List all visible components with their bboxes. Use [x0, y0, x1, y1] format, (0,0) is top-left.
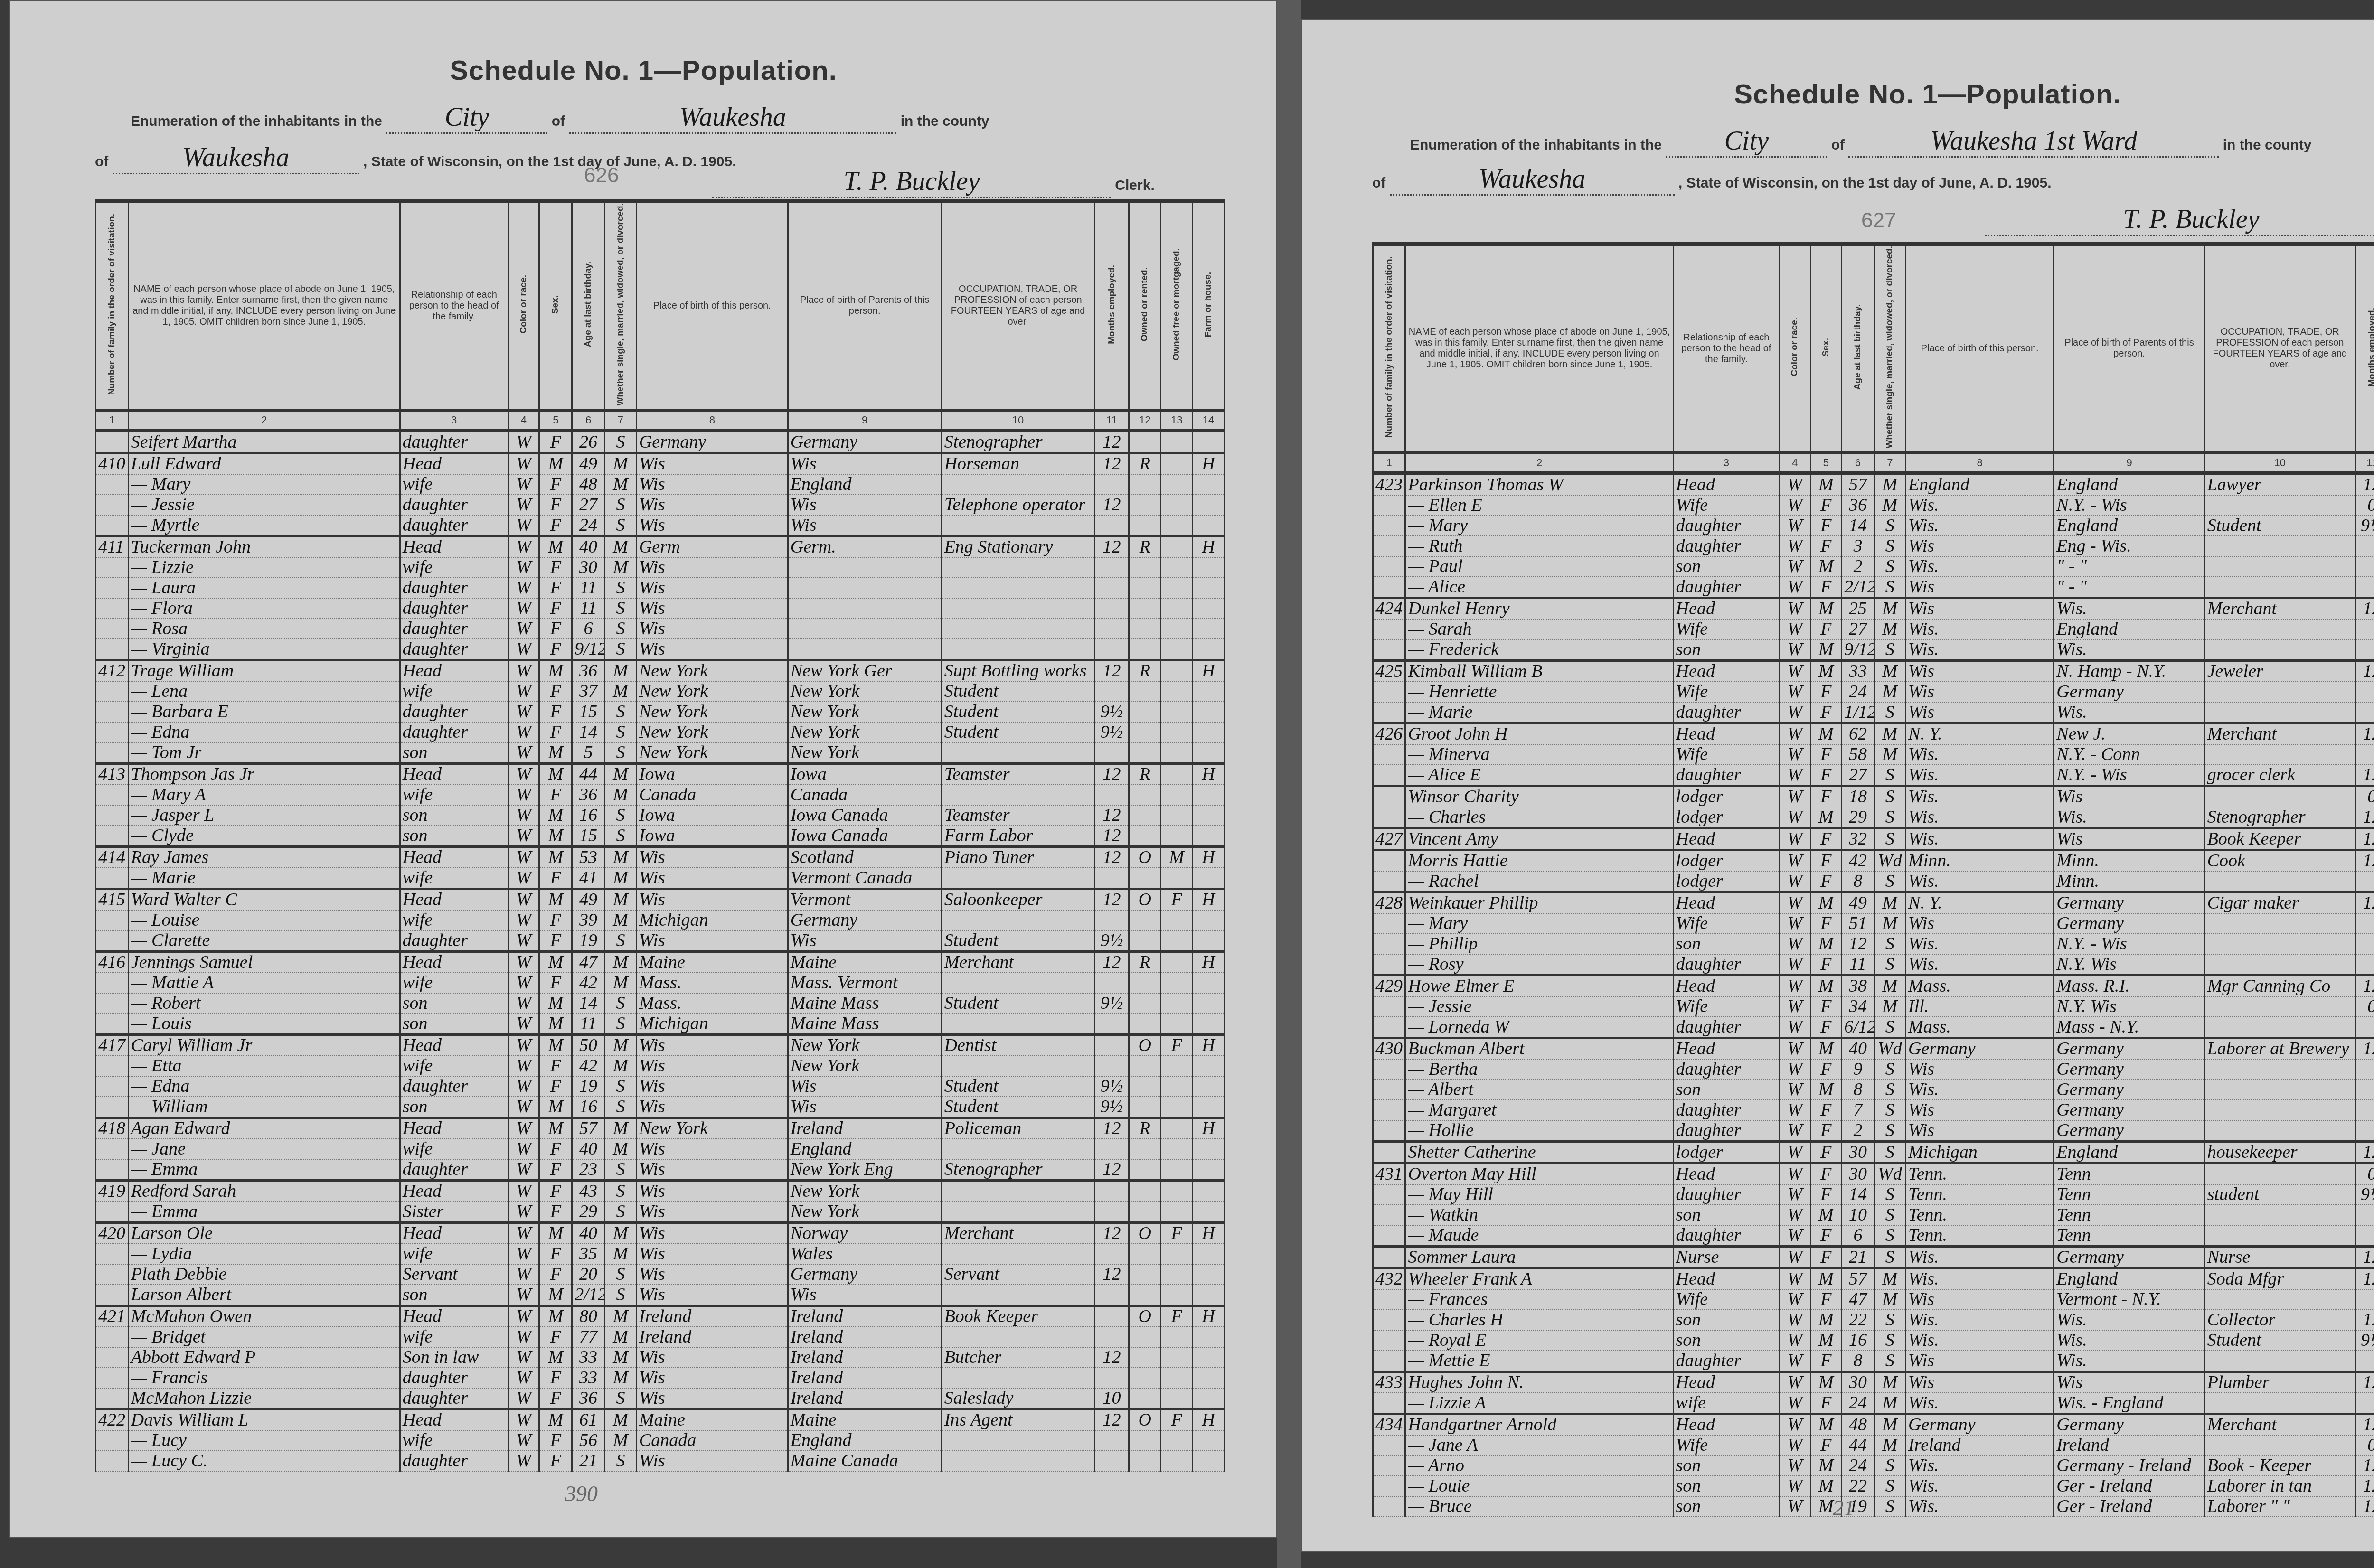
- cell-marital-status: M: [605, 1347, 637, 1368]
- cell-color: W: [508, 515, 539, 536]
- cell-color: W: [1780, 1184, 1810, 1205]
- cell-farm-house: [1193, 1159, 1225, 1181]
- cell-sex: M: [1810, 1330, 1841, 1351]
- cell-months-employed: 12: [2355, 1371, 2374, 1393]
- cell-farm-house: [1193, 993, 1225, 1014]
- cell-occupation: [2204, 1205, 2355, 1225]
- cell-birthplace: Wis: [1906, 1371, 2054, 1393]
- place-name-field: Waukesha: [569, 102, 896, 134]
- cell-name: Ray James: [128, 846, 400, 868]
- cell-occupation: [2204, 1435, 2355, 1455]
- cell-color: W: [1780, 1141, 1810, 1163]
- cell-name: — Barbara E: [128, 702, 400, 722]
- cell-owned-free: [1161, 1327, 1193, 1347]
- cell-family-number: [1373, 1141, 1405, 1163]
- cell-birthplace: Germ: [636, 536, 788, 557]
- cell-relationship: wife: [400, 474, 508, 495]
- cell-family-number: 420: [96, 1222, 129, 1244]
- cell-owned-free: [1161, 1097, 1193, 1118]
- cell-age: 41: [572, 868, 605, 889]
- cell-marital-status: S: [605, 805, 637, 826]
- cell-relationship: Head: [1673, 892, 1780, 913]
- cell-marital-status: M: [605, 1056, 637, 1076]
- cell-name: Plath Debbie: [128, 1264, 400, 1285]
- cell-owned-rented: R: [1129, 660, 1161, 681]
- table-row: — LauradaughterWF11SWis: [96, 578, 1225, 598]
- cell-color: W: [508, 930, 539, 952]
- cell-marital-status: S: [1874, 786, 1905, 807]
- table-row: — MyrtledaughterWF24SWisWis: [96, 515, 1225, 536]
- cell-parents-birthplace: Eng - Wis.: [2054, 536, 2204, 556]
- cell-occupation: [942, 598, 1094, 619]
- cell-color: W: [508, 1264, 539, 1285]
- table-row: — EdnadaughterWF19SWisWisStudent9½: [96, 1076, 1225, 1097]
- cell-color: W: [1780, 1038, 1810, 1059]
- cell-relationship: son: [1673, 1205, 1780, 1225]
- cell-birthplace: New York: [636, 1117, 788, 1139]
- cell-sex: M: [539, 1097, 572, 1118]
- cell-sex: M: [539, 1034, 572, 1056]
- cell-family-number: [1373, 786, 1405, 807]
- cell-farm-house: H: [1193, 1305, 1225, 1327]
- cell-name: Hughes John N.: [1405, 1371, 1673, 1393]
- cell-age: 29: [1842, 807, 1874, 828]
- cell-family-number: [1373, 1120, 1405, 1142]
- cell-birthplace: Wis.: [1906, 765, 2054, 786]
- cell-age: 9/12: [1842, 639, 1874, 661]
- cell-age: 24: [1842, 1455, 1874, 1476]
- table-row: — PaulsonWM2SWis." - ": [1373, 556, 2374, 577]
- cell-age: 57: [1842, 473, 1874, 495]
- table-row: 429Howe Elmer EHeadWM38MMass.Mass. R.I.M…: [1373, 975, 2374, 996]
- pencil-note: 390: [565, 1481, 598, 1506]
- header-birthplace: Place of birth of this person.: [636, 201, 788, 410]
- cell-months-employed: 12: [1094, 660, 1129, 681]
- cell-birthplace: New York: [636, 660, 788, 681]
- cell-marital-status: S: [1874, 1184, 1905, 1205]
- cell-relationship: daughter: [1673, 1059, 1780, 1080]
- cell-age: 27: [1842, 619, 1874, 639]
- cell-farm-house: [1193, 1451, 1225, 1471]
- header-occupation: OCCUPATION, TRADE, OR PROFESSION of each…: [942, 201, 1094, 410]
- cell-sex: M: [1810, 1038, 1841, 1059]
- header-sex: Sex.: [539, 201, 572, 410]
- table-row: — Mettie EdaughterWF8SWisWis.: [1373, 1351, 2374, 1372]
- cell-color: W: [1780, 744, 1810, 765]
- cell-age: 7: [1842, 1100, 1874, 1120]
- cell-name: — Lizzie: [128, 557, 400, 578]
- cell-marital-status: S: [1874, 1225, 1905, 1247]
- cell-birthplace: Wis.: [1906, 639, 2054, 661]
- cell-marital-status: M: [605, 868, 637, 889]
- cell-sex: M: [1810, 598, 1841, 619]
- cell-age: 19: [572, 1076, 605, 1097]
- cell-age: 1/12: [1842, 702, 1874, 723]
- cell-color: W: [1780, 1371, 1810, 1393]
- cell-family-number: 423: [1373, 473, 1405, 495]
- header-months-employed: Months employed.: [2355, 244, 2374, 453]
- cell-sex: M: [1810, 1268, 1841, 1289]
- cell-relationship: daughter: [400, 1451, 508, 1471]
- cell-name: — Jane: [128, 1139, 400, 1159]
- cell-owned-free: [1161, 1368, 1193, 1388]
- cell-family-number: 421: [96, 1305, 129, 1327]
- cell-birthplace: Ireland: [636, 1305, 788, 1327]
- cell-sex: F: [539, 930, 572, 952]
- cell-parents-birthplace: Germany: [788, 910, 942, 930]
- cell-occupation: [2204, 744, 2355, 765]
- cell-parents-birthplace: England: [788, 1430, 942, 1451]
- cell-farm-house: [1193, 702, 1225, 722]
- cell-family-number: [1373, 807, 1405, 828]
- cell-color: W: [1780, 807, 1810, 828]
- cell-occupation: [2204, 536, 2355, 556]
- cell-birthplace: Wis: [1906, 536, 2054, 556]
- cell-months-employed: 10: [1094, 1388, 1129, 1409]
- cell-color: W: [1780, 1205, 1810, 1225]
- cell-sex: M: [539, 826, 572, 847]
- cell-months-employed: 12: [1094, 951, 1129, 973]
- cell-family-number: [96, 1056, 129, 1076]
- cell-parents-birthplace: [788, 557, 942, 578]
- cell-months-employed: 12: [2355, 892, 2374, 913]
- cell-marital-status: S: [605, 702, 637, 722]
- cell-name: McMahon Owen: [128, 1305, 400, 1327]
- cell-family-number: 415: [96, 889, 129, 910]
- cell-name: — Lucy: [128, 1430, 400, 1451]
- cell-occupation: student: [2204, 1184, 2355, 1205]
- cell-owned-rented: [1129, 1014, 1161, 1035]
- cell-marital-status: S: [605, 639, 637, 660]
- cell-owned-rented: [1129, 1139, 1161, 1159]
- cell-color: W: [508, 681, 539, 702]
- cell-occupation: [942, 578, 1094, 598]
- cell-farm-house: [1193, 515, 1225, 536]
- cell-sex: F: [539, 681, 572, 702]
- cell-months-employed: 12: [2355, 828, 2374, 850]
- cell-family-number: [1373, 1393, 1405, 1414]
- cell-family-number: [1373, 1184, 1405, 1205]
- cell-farm-house: [1193, 495, 1225, 515]
- cell-months-employed: [1094, 1180, 1129, 1202]
- cell-occupation: [2204, 1393, 2355, 1414]
- cell-marital-status: S: [605, 1076, 637, 1097]
- cell-relationship: Wife: [1673, 619, 1780, 639]
- cell-name: Davis William L: [128, 1409, 400, 1430]
- cell-occupation: [2204, 996, 2355, 1017]
- cell-months-employed: [1094, 639, 1129, 660]
- cell-sex: F: [1810, 1289, 1841, 1310]
- cell-marital-status: M: [605, 889, 637, 910]
- cell-sex: M: [539, 742, 572, 764]
- cell-owned-rented: R: [1129, 763, 1161, 785]
- cell-months-employed: 0: [2355, 1435, 2374, 1455]
- cell-family-number: [96, 578, 129, 598]
- cell-owned-rented: [1129, 868, 1161, 889]
- cell-age: 5: [572, 742, 605, 764]
- cell-birthplace: Wis.: [1906, 954, 2054, 976]
- cell-owned-free: [1161, 805, 1193, 826]
- cell-birthplace: Wis: [636, 868, 788, 889]
- cell-parents-birthplace: Tenn: [2054, 1184, 2204, 1205]
- cell-age: 44: [572, 763, 605, 785]
- cell-parents-birthplace: Iowa: [788, 763, 942, 785]
- cell-name: — Bertha: [1405, 1059, 1673, 1080]
- cell-occupation: Teamster: [942, 805, 1094, 826]
- cell-name: Vincent Amy: [1405, 828, 1673, 850]
- cell-family-number: [96, 805, 129, 826]
- table-row: — ClydesonWM15SIowaIowa CanadaFarm Labor…: [96, 826, 1225, 847]
- cell-family-number: [96, 722, 129, 742]
- cell-age: 22: [1842, 1310, 1874, 1330]
- cell-parents-birthplace: Ireland: [788, 1368, 942, 1388]
- cell-owned-free: [1161, 868, 1193, 889]
- cell-marital-status: M: [605, 1034, 637, 1056]
- cell-family-number: [96, 973, 129, 993]
- cell-sex: F: [539, 557, 572, 578]
- cell-age: 18: [1842, 786, 1874, 807]
- column-number: 9: [788, 410, 942, 431]
- table-row: — May HilldaughterWF14STenn.Tennstudent9…: [1373, 1184, 2374, 1205]
- cell-marital-status: M: [1874, 1414, 1905, 1435]
- cell-parents-birthplace: Ireland: [788, 1117, 942, 1139]
- header-sex: Sex.: [1810, 244, 1841, 453]
- cell-name: Caryl William Jr: [128, 1034, 400, 1056]
- cell-name: — Mattie A: [128, 973, 400, 993]
- table-row: — EmmaSisterWF29SWisNew York: [96, 1202, 1225, 1223]
- cell-family-number: [1373, 850, 1405, 871]
- table-row: — RosydaughterWF11SWis.N.Y. Wis: [1373, 954, 2374, 976]
- cell-farm-house: [1193, 1388, 1225, 1409]
- cell-relationship: wife: [400, 1430, 508, 1451]
- cell-birthplace: Michigan: [636, 910, 788, 930]
- cell-birthplace: Wis: [636, 1451, 788, 1471]
- cell-age: 22: [1842, 1476, 1874, 1496]
- cell-occupation: [942, 1180, 1094, 1202]
- cell-owned-rented: [1129, 722, 1161, 742]
- cell-name: Larson Albert: [128, 1285, 400, 1306]
- cell-relationship: Head: [400, 763, 508, 785]
- cell-sex: M: [1810, 1455, 1841, 1476]
- cell-farm-house: [1193, 681, 1225, 702]
- cell-family-number: [96, 1014, 129, 1035]
- table-row: McMahon LizziedaughterWF36SWisIrelandSal…: [96, 1388, 1225, 1409]
- cell-marital-status: S: [605, 619, 637, 639]
- cell-birthplace: Ireland: [1906, 1435, 2054, 1455]
- cell-farm-house: [1193, 826, 1225, 847]
- cell-color: W: [508, 1222, 539, 1244]
- table-row: — MaryWifeWF51MWisGermany: [1373, 913, 2374, 934]
- table-row: — RuthdaughterWF3SWisEng - Wis.: [1373, 536, 2374, 556]
- cell-marital-status: S: [605, 1097, 637, 1118]
- cell-color: W: [508, 1139, 539, 1159]
- cell-parents-birthplace: Canada: [788, 785, 942, 805]
- cell-birthplace: Wis: [636, 1202, 788, 1223]
- cell-marital-status: S: [1874, 765, 1905, 786]
- column-number: 1: [1373, 453, 1405, 473]
- cell-age: 27: [572, 495, 605, 515]
- column-number: 2: [128, 410, 400, 431]
- column-number: 9: [2054, 453, 2204, 473]
- cell-age: 16: [1842, 1330, 1874, 1351]
- cell-birthplace: Wis.: [1906, 786, 2054, 807]
- county-field: Waukesha: [1390, 164, 1675, 196]
- cell-age: 16: [572, 805, 605, 826]
- cell-months-employed: [1094, 1451, 1129, 1471]
- cell-farm-house: H: [1193, 536, 1225, 557]
- cell-color: W: [1780, 702, 1810, 723]
- cell-occupation: Servant: [942, 1264, 1094, 1285]
- cell-parents-birthplace: Wis.: [2054, 639, 2204, 661]
- cell-marital-status: M: [605, 453, 637, 474]
- cell-marital-status: M: [605, 1305, 637, 1327]
- cell-age: 14: [572, 993, 605, 1014]
- cell-occupation: Mgr Canning Co: [2204, 975, 2355, 996]
- cell-name: Ward Walter C: [128, 889, 400, 910]
- column-number: 11: [1094, 410, 1129, 431]
- cell-name: — Louie: [1405, 1476, 1673, 1496]
- cell-occupation: [2204, 934, 2355, 954]
- cell-birthplace: Wis: [636, 1368, 788, 1388]
- cell-family-number: [1373, 765, 1405, 786]
- cell-occupation: Merchant: [942, 951, 1094, 973]
- table-row: — Lucy C.daughterWF21SWisMaine Canada: [96, 1451, 1225, 1471]
- cell-color: W: [1780, 660, 1810, 682]
- cell-owned-rented: [1129, 1244, 1161, 1264]
- column-number: 11: [2355, 453, 2374, 473]
- cell-farm-house: H: [1193, 1034, 1225, 1056]
- cell-owned-rented: [1129, 702, 1161, 722]
- cell-farm-house: [1193, 1202, 1225, 1223]
- cell-relationship: son: [1673, 556, 1780, 577]
- cell-sex: M: [539, 1347, 572, 1368]
- cell-birthplace: N. Y.: [1906, 892, 2054, 913]
- cell-name: — Etta: [128, 1056, 400, 1076]
- cell-owned-free: [1161, 515, 1193, 536]
- cell-family-number: [96, 639, 129, 660]
- cell-sex: F: [539, 1430, 572, 1451]
- cell-marital-status: M: [605, 474, 637, 495]
- cell-parents-birthplace: Wis: [788, 1076, 942, 1097]
- cell-family-number: [1373, 536, 1405, 556]
- cell-birthplace: Wis.: [1906, 828, 2054, 850]
- cell-sex: M: [1810, 660, 1841, 682]
- column-number: 5: [1810, 453, 1841, 473]
- cell-owned-free: [1161, 826, 1193, 847]
- cell-parents-birthplace: Ger - Ireland: [2054, 1496, 2204, 1517]
- cell-age: 44: [1842, 1435, 1874, 1455]
- table-row: Seifert MarthadaughterWF26SGermanyGerman…: [96, 431, 1225, 453]
- cell-relationship: son: [1673, 1330, 1780, 1351]
- cell-occupation: [2204, 639, 2355, 661]
- cell-name: — Hollie: [1405, 1120, 1673, 1142]
- cell-occupation: Cigar maker: [2204, 892, 2355, 913]
- cell-family-number: 422: [96, 1409, 129, 1430]
- column-number: 2: [1405, 453, 1673, 473]
- cell-color: W: [508, 1034, 539, 1056]
- cell-family-number: [96, 1202, 129, 1223]
- cell-sex: M: [1810, 807, 1841, 828]
- cell-months-employed: 12: [1094, 431, 1129, 453]
- cell-relationship: daughter: [1673, 1351, 1780, 1372]
- cell-occupation: housekeeper: [2204, 1141, 2355, 1163]
- cell-marital-status: M: [1874, 892, 1905, 913]
- cell-birthplace: Wis.: [1906, 1476, 2054, 1496]
- cell-family-number: 418: [96, 1117, 129, 1139]
- table-row: Larson AlbertsonWM2/12SWisWis: [96, 1285, 1225, 1306]
- cell-birthplace: New York: [636, 742, 788, 764]
- cell-age: 3: [1842, 536, 1874, 556]
- cell-color: W: [508, 910, 539, 930]
- cell-owned-free: [1161, 1347, 1193, 1368]
- cell-sex: F: [1810, 913, 1841, 934]
- cell-sex: F: [539, 474, 572, 495]
- cell-farm-house: [1193, 619, 1225, 639]
- cell-relationship: Head: [400, 1180, 508, 1202]
- table-row: 422Davis William LHeadWM61MMaineMaineIns…: [96, 1409, 1225, 1430]
- cell-sex: F: [539, 1264, 572, 1285]
- cell-relationship: daughter: [400, 930, 508, 952]
- header-family-number: Number of family in the order of visitat…: [1373, 244, 1405, 453]
- cell-family-number: [96, 515, 129, 536]
- cell-birthplace: Tenn.: [1906, 1205, 2054, 1225]
- cell-owned-free: M: [1161, 846, 1193, 868]
- cell-months-employed: 12: [2355, 1268, 2374, 1289]
- cell-age: 2: [1842, 1120, 1874, 1142]
- cell-months-employed: 12: [1094, 495, 1129, 515]
- cell-occupation: Saleslady: [942, 1388, 1094, 1409]
- cell-owned-free: [1161, 1056, 1193, 1076]
- cell-relationship: lodger: [1673, 786, 1780, 807]
- cell-family-number: [96, 495, 129, 515]
- cell-name: — Virginia: [128, 639, 400, 660]
- cell-birthplace: Mass.: [636, 973, 788, 993]
- cell-months-employed: 12: [1094, 763, 1129, 785]
- cell-family-number: 425: [1373, 660, 1405, 682]
- cell-months-employed: [2355, 682, 2374, 702]
- cell-age: 24: [572, 515, 605, 536]
- cell-name: — Laura: [128, 578, 400, 598]
- cell-farm-house: H: [1193, 1409, 1225, 1430]
- cell-parents-birthplace: Vermont: [788, 889, 942, 910]
- cell-age: 33: [1842, 660, 1874, 682]
- cell-sex: M: [539, 660, 572, 681]
- cell-months-employed: [2355, 934, 2374, 954]
- cell-marital-status: S: [1874, 1330, 1905, 1351]
- cell-relationship: daughter: [1673, 516, 1780, 536]
- cell-name: Wheeler Frank A: [1405, 1268, 1673, 1289]
- page-title: Schedule No. 1—Population.: [9, 55, 1277, 86]
- cell-relationship: son: [400, 826, 508, 847]
- cell-occupation: Student: [942, 702, 1094, 722]
- cell-name: — Lucy C.: [128, 1451, 400, 1471]
- cell-farm-house: H: [1193, 660, 1225, 681]
- cell-parents-birthplace: Tenn: [2054, 1205, 2204, 1225]
- cell-relationship: Head: [1673, 1038, 1780, 1059]
- cell-occupation: Laborer in tan: [2204, 1476, 2355, 1496]
- cell-months-employed: 9½: [1094, 930, 1129, 952]
- county-line: of Waukesha , State of Wisconsin, on the…: [95, 142, 736, 174]
- place-name-field: Waukesha 1st Ward: [1848, 126, 2219, 158]
- cell-sex: F: [539, 1327, 572, 1347]
- cell-months-employed: 12: [2355, 1038, 2374, 1059]
- cell-months-employed: [1094, 1202, 1129, 1223]
- cell-marital-status: M: [1874, 913, 1905, 934]
- cell-sex: M: [539, 1014, 572, 1035]
- cell-name: Agan Edward: [128, 1117, 400, 1139]
- cell-occupation: [942, 515, 1094, 536]
- cell-birthplace: Wis: [1906, 1351, 2054, 1372]
